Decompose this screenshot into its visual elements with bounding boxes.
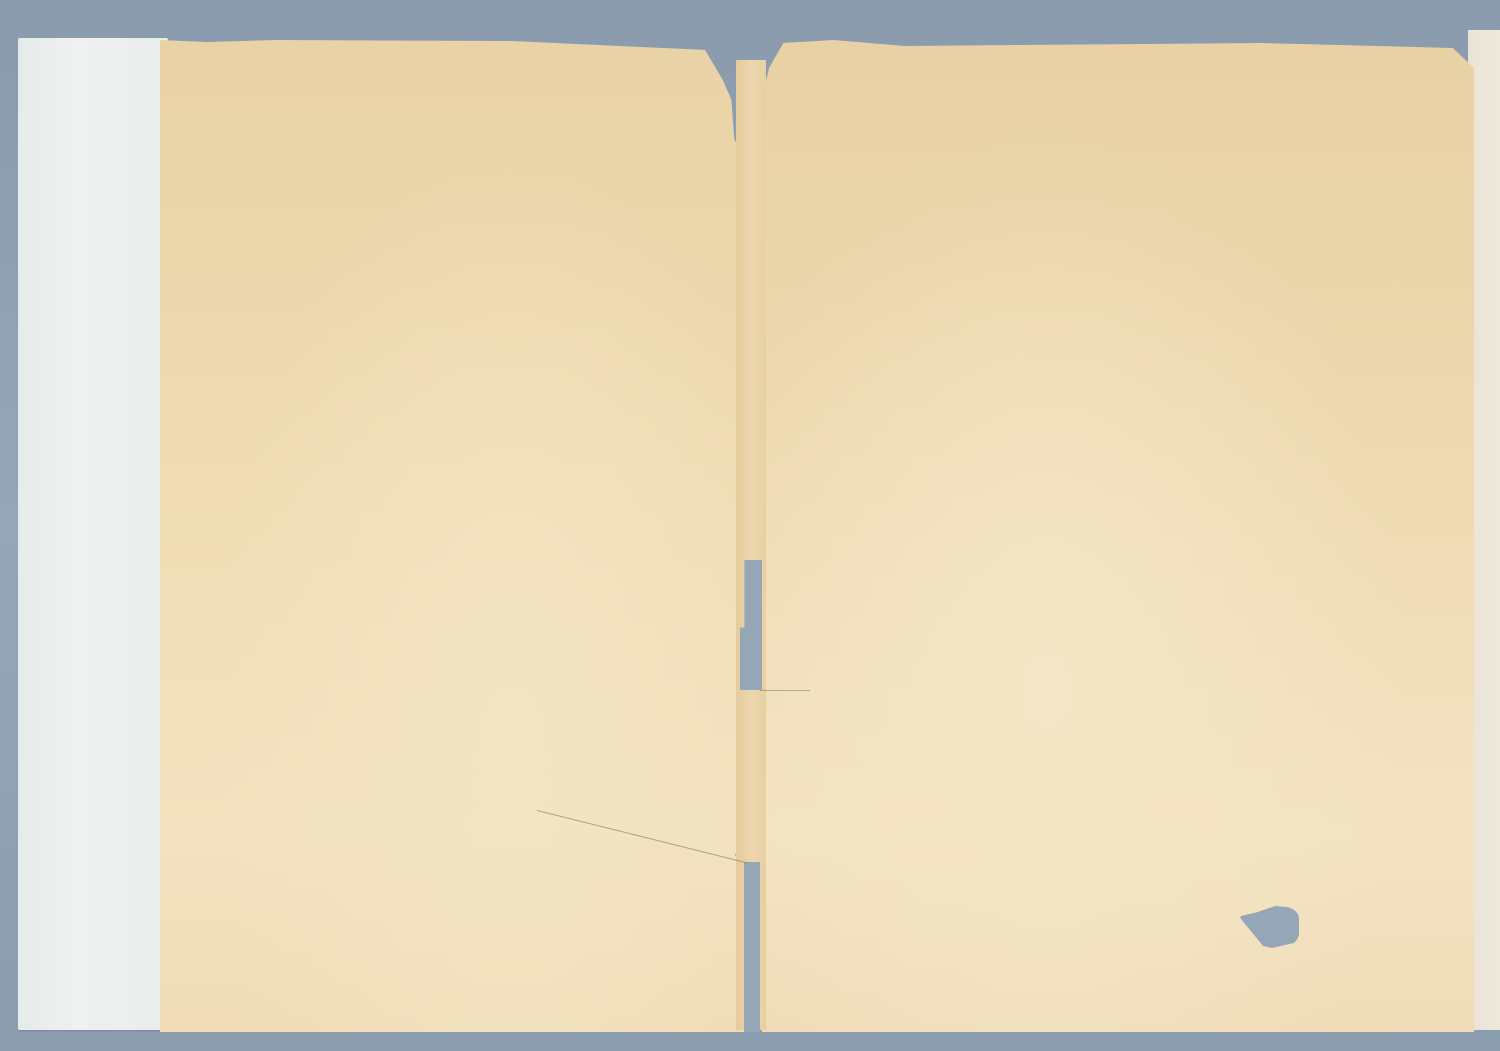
photo-scene	[0, 0, 1500, 1051]
right-page	[762, 38, 1474, 1032]
gutter-crack	[760, 690, 810, 691]
left-cover-board	[18, 38, 168, 1030]
